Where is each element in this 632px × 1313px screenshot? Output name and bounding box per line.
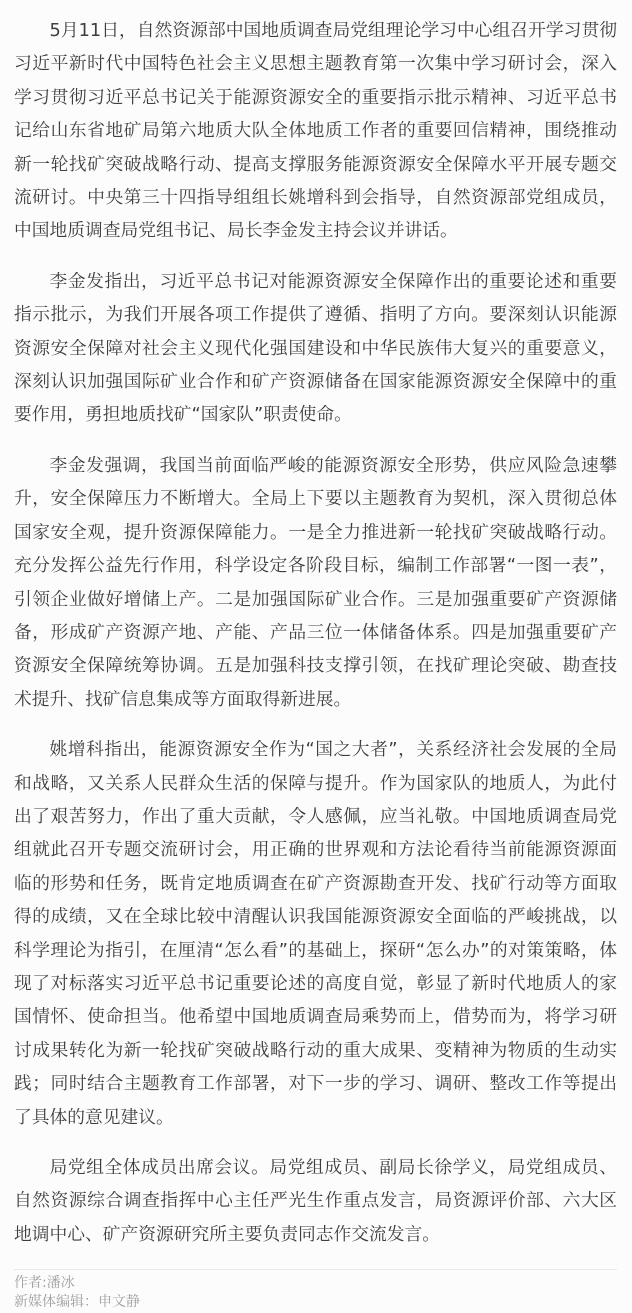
article-page: 5月11日，自然资源部中国地质调查局党组理论学习中心组召开学习贯彻习近平新时代中… (0, 0, 632, 1313)
article-footer: 作者:潘冰 新媒体编辑：申文静 (14, 1270, 617, 1311)
editor-line: 新媒体编辑：申文静 (14, 1293, 617, 1312)
article-paragraph: 李金发指出，习近平总书记对能源资源安全保障作出的重要论述和重要指示批示，为我们开… (14, 266, 617, 433)
article-body: 5月11日，自然资源部中国地质调查局党组理论学习中心组召开学习贯彻习近平新时代中… (14, 15, 617, 1252)
article-paragraph: 5月11日，自然资源部中国地质调查局党组理论学习中心组召开学习贯彻习近平新时代中… (14, 15, 617, 249)
article-paragraph: 李金发强调，我国当前面临严峻的能源资源安全形势，供应风险急速攀升，安全保障压力不… (14, 450, 617, 717)
author-line: 作者:潘冰 (14, 1274, 617, 1293)
article-paragraph: 姚增科指出，能源资源安全作为“国之大者”，关系经济社会发展的全局和战略，又关系人… (14, 734, 617, 1135)
article-paragraph: 局党组全体成员出席会议。局党组成员、副局长徐学义，局党组成员、自然资源综合调查指… (14, 1152, 617, 1252)
